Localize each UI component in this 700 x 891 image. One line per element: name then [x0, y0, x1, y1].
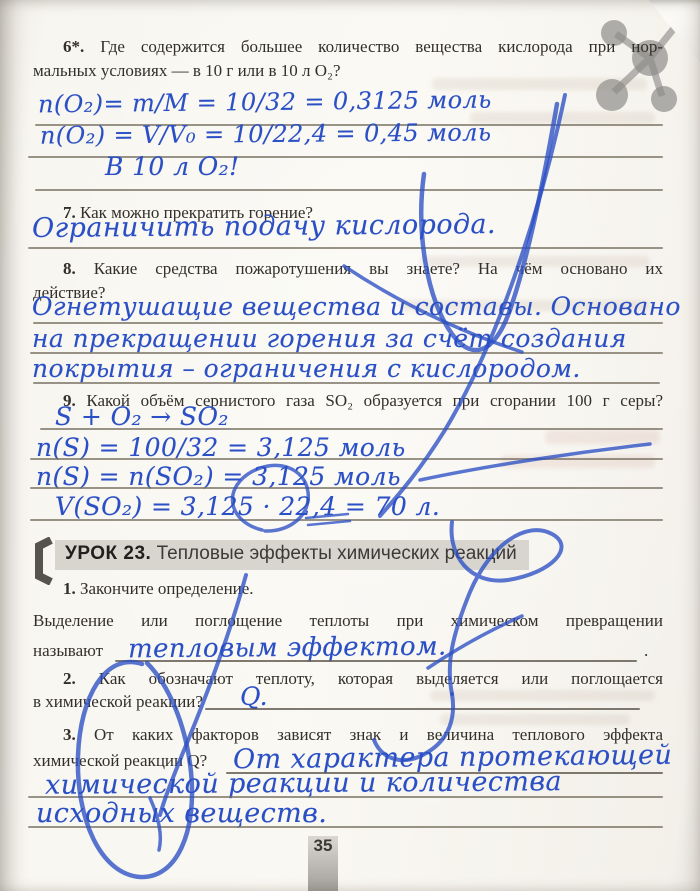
molecule-icon [580, 0, 700, 125]
task-1-lead: называют [33, 640, 103, 662]
task-2-line1: 2. Как обозначают теплоту, которая выдел… [63, 668, 663, 690]
task-1-heading: 1. Закончите определение. [63, 578, 254, 600]
task-2-number: 2. [63, 669, 76, 688]
lesson-header: УРОК 23. Тепловые эффекты химических реа… [55, 540, 529, 570]
question-6-line2: мальных условиях — в 10 г или в 10 л O₂? [33, 60, 341, 82]
handwritten-answer-6-line3: В 10 л O₂! [105, 152, 240, 181]
page-number: 35 [308, 836, 338, 891]
handwritten-answer-7: Ограничить подачу кислорода. [32, 209, 496, 244]
handwritten-answer-8-line1: Огнетушащие вещества и составы. Основано [32, 292, 681, 321]
task-1-number: 1. [63, 579, 76, 598]
answer-rule [35, 189, 663, 191]
handwritten-answer-8-line3: покрытия – ограничения с кислородом. [32, 354, 581, 383]
task-1-tail-period: . [644, 640, 648, 662]
bleed-through-ghost [545, 430, 660, 444]
question-6-number: 6*. [63, 37, 84, 56]
answer-rule [30, 519, 663, 521]
handwritten-task-3-answer-line3: исходных веществ. [36, 798, 327, 829]
answer-rule [40, 428, 663, 430]
handwritten-task-2-answer: Q. [240, 682, 268, 711]
question-6-line1: 6*. Где содержится большее количество ве… [63, 36, 663, 58]
lesson-bracket-icon [33, 537, 55, 585]
answer-rule [33, 382, 660, 384]
answer-blank [205, 708, 640, 710]
handwritten-answer-9-line1: S + O₂ → SO₂ [55, 402, 229, 431]
workbook-page: 6*. Где содержится большее количество ве… [0, 0, 700, 891]
lesson-title: Тепловые эффекты химических реакций [157, 543, 517, 564]
answer-rule [28, 826, 663, 828]
handwritten-answer-8-line2: на прекращении горения за счёт создания [32, 324, 627, 353]
answer-rule [30, 487, 663, 489]
bleed-through-ghost [470, 112, 655, 124]
bleed-through-ghost [430, 690, 655, 701]
question-8-number: 8. [63, 259, 76, 278]
handwritten-answer-6-line2: n(O₂) = V/V₀ = 10/22,4 = 0,45 моль [40, 118, 492, 149]
handwritten-answer-6-line1: n(O₂)= m/M = 10/32 = 0,3125 моль [38, 86, 492, 119]
answer-rule [28, 247, 663, 249]
bleed-through-ghost [500, 455, 655, 468]
answer-rule [30, 458, 663, 460]
handwritten-answer-9-line4: V(SO₂) = 3,125 · 22,4 = 70 л. [55, 492, 440, 521]
answer-blank [115, 660, 637, 662]
task-2-line2: в химической реакции? [33, 691, 203, 713]
question-8-line1: 8. Какие средства пожаротушения вы знает… [63, 258, 663, 280]
task-1-paragraph: Выделение или поглощение теплоты при хим… [33, 610, 663, 632]
task-3-number: 3. [63, 725, 76, 744]
lesson-label: УРОК 23. [65, 543, 151, 564]
